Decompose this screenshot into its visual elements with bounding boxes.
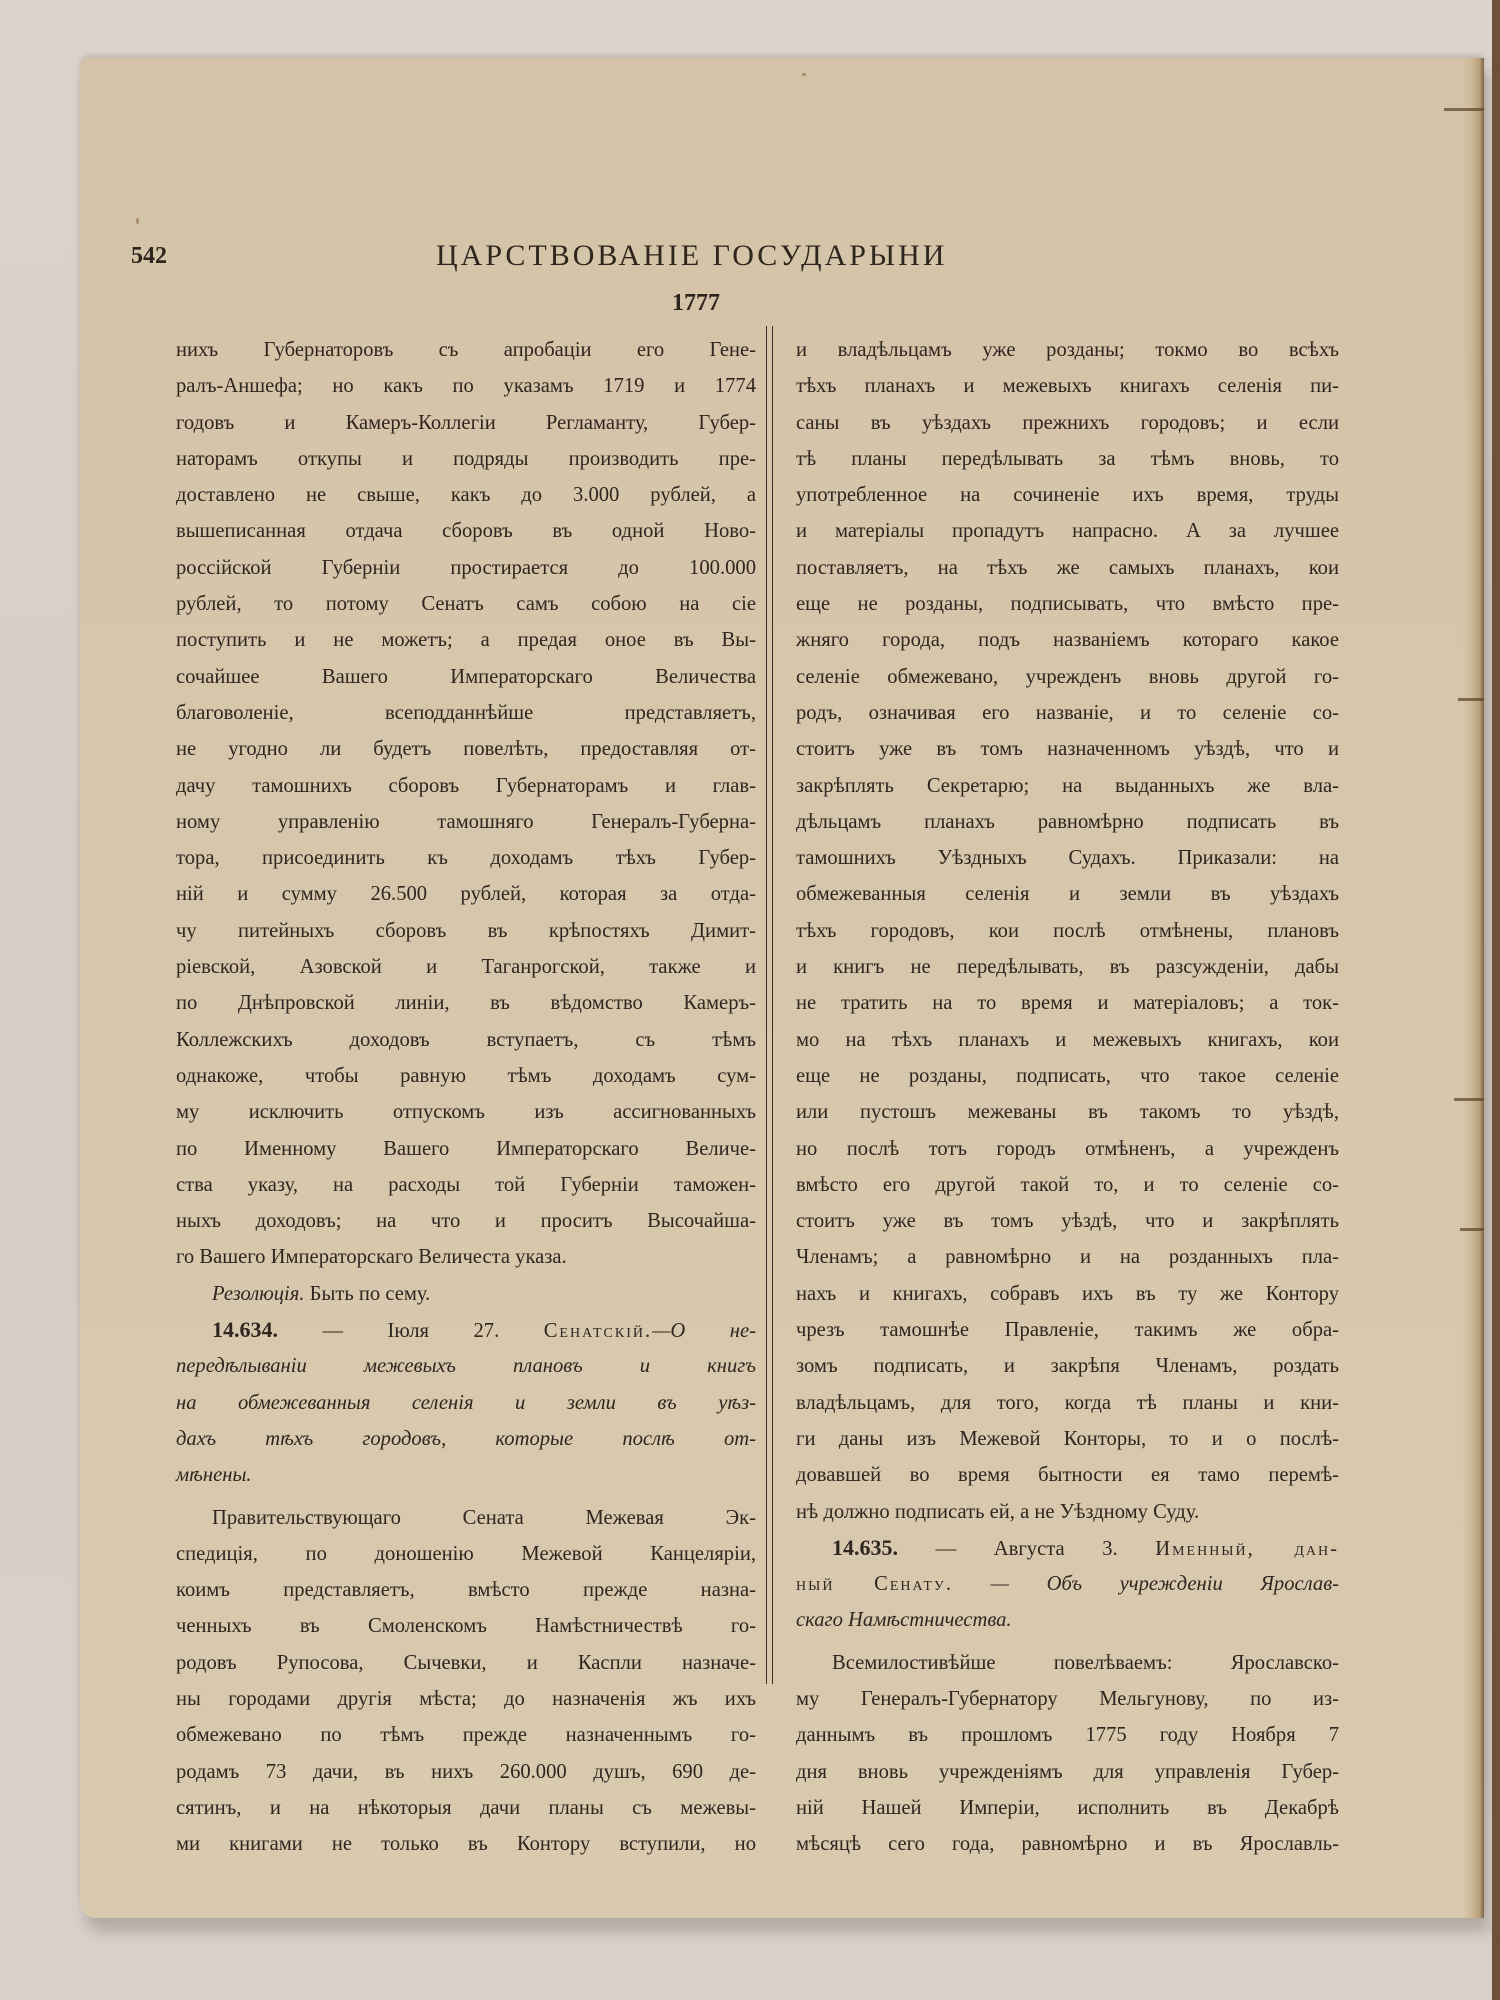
text-line: ны городами другія мѣста; до назначенія … — [176, 1681, 756, 1717]
right-column: и владѣльцамъ уже розданы; токмо во всѣх… — [796, 332, 1339, 1862]
text-line: Правительствующаго Сената Межевая Эк- — [176, 1500, 756, 1536]
text-line: спедиція, по доношенію Межевой Канцелярі… — [176, 1536, 756, 1572]
text-line: закрѣплять Секретарю; на выданныхъ же вл… — [796, 768, 1339, 804]
text-line: ченныхъ въ Смоленскомъ Намѣстничествѣ го… — [176, 1608, 756, 1644]
text-line: доставлено не свыше, какъ до 3.000 рубле… — [176, 477, 756, 513]
running-title: ЦАРСТВОВАНІЕ ГОСУДАРЫНИ — [436, 239, 947, 273]
entry-title-line: скаго Намѣстничества. — [796, 1602, 1339, 1638]
text-line: дѣльцамъ планахъ равномѣрно подписать въ — [796, 804, 1339, 840]
text-line: сятинъ, и на нѣкоторыя дачи планы съ меж… — [176, 1790, 756, 1826]
text-line: мо на тѣхъ планахъ и межевыхъ книгахъ, к… — [796, 1022, 1339, 1058]
text-line: ній и сумму 26.500 рублей, которая за от… — [176, 876, 756, 912]
text-line: или пустошъ межеваны въ такомъ то уѣздѣ, — [796, 1094, 1339, 1130]
entry-heading-14634: 14.634. — Іюля 27. Сенатскій.—О не- — [176, 1312, 756, 1348]
entry-title: — Объ учрежденіи Ярослав- — [991, 1573, 1339, 1595]
text-line: нахъ и книгахъ, собравъ ихъ въ ту же Кон… — [796, 1276, 1339, 1312]
text-line: тѣхъ планахъ и межевыхъ книгахъ селенія … — [796, 368, 1339, 404]
text-line: вмѣсто его другой такой то, и то селеніе… — [796, 1167, 1339, 1203]
text-line: дачу тамошнихъ сборовъ Губернаторамъ и г… — [176, 768, 756, 804]
text-line: ній Нашей Имперіи, исполнить въ Декабрѣ — [796, 1790, 1339, 1826]
text-line: ства указу, на расходы той Губерніи тамо… — [176, 1167, 756, 1203]
text-line: Коллежскихъ доходовъ вступаетъ, съ тѣмъ — [176, 1022, 756, 1058]
text-line: довавшей во время бытности ея тамо перем… — [796, 1457, 1339, 1493]
text-line: ному управленію тамошняго Генералъ-Губер… — [176, 804, 756, 840]
text-line: ныхъ доходовъ; на что и проситъ Высочайш… — [176, 1203, 756, 1239]
entry-number: 14.635. — [832, 1535, 898, 1560]
entry-title-line: на обмежеванныя селенія и земли въ уѣз- — [176, 1385, 756, 1421]
text-line: годовъ и Камеръ-Коллегіи Регламанту, Губ… — [176, 405, 756, 441]
edge-tear — [1444, 108, 1484, 111]
text-line: родамъ 73 дачи, въ нихъ 260.000 душъ, 69… — [176, 1754, 756, 1790]
text-line: сочайшее Вашего Императорскаго Величеств… — [176, 659, 756, 695]
text-line: тора, присоединить къ доходамъ тѣхъ Губе… — [176, 840, 756, 876]
text-line: Всемилостивѣйше повелѣваемъ: Ярославско- — [796, 1645, 1339, 1681]
text-line: употребленное на сочиненіе ихъ время, тр… — [796, 477, 1339, 513]
text-line: ги даны изъ Межевой Конторы, то и о посл… — [796, 1421, 1339, 1457]
entry-dash: — — [936, 1538, 957, 1560]
text-line: стоитъ уже въ томъ уѣздѣ, что и закрѣпля… — [796, 1203, 1339, 1239]
entry-date: Августа 3. — [994, 1538, 1118, 1560]
entry-heading-line: ный Сенату. — Объ учрежденіи Ярослав- — [796, 1566, 1339, 1602]
entry-title: —О не- — [652, 1320, 756, 1342]
text-line: благоволеніе, всеподданнѣйше представляе… — [176, 695, 756, 731]
entry-number: 14.634. — [212, 1317, 278, 1342]
page-number: 542 — [131, 243, 167, 270]
page-header: 542 ЦАРСТВОВАНІЕ ГОСУДАРЫНИ — [0, 243, 1500, 283]
text-line: и владѣльцамъ уже розданы; токмо во всѣх… — [796, 332, 1339, 368]
paper-blemish — [136, 218, 139, 224]
text-line: тамошнихъ Уѣздныхъ Судахъ. Приказали: на — [796, 840, 1339, 876]
edge-tear — [1454, 1098, 1484, 1101]
text-line: ралъ-Аншефа; но какъ по указамъ 1719 и 1… — [176, 368, 756, 404]
text-line: ми книгами не только въ Контору вступили… — [176, 1826, 756, 1862]
left-column: нихъ Губернаторовъ съ апробаціи его Гене… — [176, 332, 756, 1862]
text-line: нихъ Губернаторовъ съ апробаціи его Гене… — [176, 332, 756, 368]
text-line: Членамъ; а равномѣрно и на розданныхъ пл… — [796, 1239, 1339, 1275]
text-line: и матеріалы пропадутъ напрасно. А за луч… — [796, 513, 1339, 549]
entry-heading-14635: 14.635. — Августа 3. Именный, дан- — [796, 1530, 1339, 1566]
text-line: родъ, означивая его названіе, и то селен… — [796, 695, 1339, 731]
text-line: даннымъ въ прошломъ 1775 году Ноября 7 — [796, 1717, 1339, 1753]
text-line: поступить и не можетъ; а предая оное въ … — [176, 622, 756, 658]
text-line: тѣхъ городовъ, кои послѣ отмѣнены, плано… — [796, 913, 1339, 949]
entry-type: ный Сенату. — [796, 1573, 953, 1595]
text-line: россійской Губерніи простирается до 100.… — [176, 550, 756, 586]
text-line: саны въ уѣздахъ прежнихъ городовъ; и есл… — [796, 405, 1339, 441]
resolution: Резолюція. Быть по сему. — [176, 1276, 756, 1312]
text-line: и книгъ не передѣлывать, въ разсужденіи,… — [796, 949, 1339, 985]
resolution-text: Быть по сему. — [310, 1283, 431, 1305]
text-line: наторамъ откупы и подряды производить пр… — [176, 441, 756, 477]
text-line: родовъ Рупосова, Сычевки, и Каспли назна… — [176, 1645, 756, 1681]
text-line: ріевской, Азовской и Таганрогской, также… — [176, 949, 756, 985]
entry-dash: — — [322, 1320, 343, 1342]
text-line: по Днѣпровской линіи, въ вѣдомство Камер… — [176, 985, 756, 1021]
paper-blemish — [802, 73, 806, 76]
text-line: тѣ планы передѣлывать за тѣмъ вновь, то — [796, 441, 1339, 477]
resolution-label: Резолюція. — [212, 1283, 305, 1305]
year-heading: 1777 — [672, 290, 720, 317]
text-line: еще не розданы, подписать, что такое сел… — [796, 1058, 1339, 1094]
text-line: не тратить на то время и матеріаловъ; а … — [796, 985, 1339, 1021]
text-line: еще не розданы, подписывать, что вмѣсто … — [796, 586, 1339, 622]
entry-type: Именный, дан- — [1155, 1538, 1339, 1560]
text-line: обмежеванныя селенія и земли въ уѣздахъ — [796, 876, 1339, 912]
text-line: рублей, то потому Сенатъ самъ собою на с… — [176, 586, 756, 622]
entry-title-line: мѣнены. — [176, 1457, 756, 1493]
text-line: зомъ подписать, и закрѣпя Членамъ, розда… — [796, 1348, 1339, 1384]
entry-title-line: передѣлываніи межевыхъ плановъ и книгъ — [176, 1348, 756, 1384]
column-divider — [766, 326, 767, 1684]
text-line: по Именному Вашего Императорскаго Величе… — [176, 1131, 756, 1167]
text-line: мѣсяцѣ сего года, равномѣрно и въ Яросла… — [796, 1826, 1339, 1862]
text-line: поставляетъ, на тѣхъ же самыхъ планахъ, … — [796, 550, 1339, 586]
text-line: коимъ представляетъ, вмѣсто прежде назна… — [176, 1572, 756, 1608]
edge-tear — [1460, 1228, 1484, 1231]
book-spine — [1492, 0, 1500, 2000]
text-line: стоитъ уже въ томъ назначенномъ уѣздѣ, ч… — [796, 731, 1339, 767]
entry-date: Іюля 27. — [388, 1320, 500, 1342]
entry-title-line: дахъ тѣхъ городовъ, которые послѣ от- — [176, 1421, 756, 1457]
text-line: не угодно ли будетъ повелѣть, предоставл… — [176, 731, 756, 767]
edge-tear — [1458, 698, 1484, 701]
text-line: обмежевано по тѣмъ прежде назначеннымъ г… — [176, 1717, 756, 1753]
column-divider — [772, 326, 773, 1684]
text-line: му Генералъ-Губернатору Мельгунову, по и… — [796, 1681, 1339, 1717]
text-line: чу питейныхъ сборовъ въ крѣпостяхъ Димит… — [176, 913, 756, 949]
text-line: однакоже, чтобы равную тѣмъ доходамъ сум… — [176, 1058, 756, 1094]
text-line: жняго города, подъ названіемъ котораго к… — [796, 622, 1339, 658]
entry-type: Сенатскій. — [544, 1320, 652, 1342]
text-line: вышеписанная отдача сборовъ въ одной Нов… — [176, 513, 756, 549]
text-line: но послѣ тотъ городъ отмѣненъ, а учрежде… — [796, 1131, 1339, 1167]
text-line: дня вновь учрежденіямъ для управленія Гу… — [796, 1754, 1339, 1790]
text-line: му исключить отпускомъ изъ ассигнованных… — [176, 1094, 756, 1130]
text-line: чрезъ тамошнѣе Правленіе, такимъ же обра… — [796, 1312, 1339, 1348]
page-edge — [1462, 58, 1484, 1918]
text-line: нѣ должно подписать ей, а не Уѣздному Су… — [796, 1494, 1339, 1530]
text-line: го Вашего Императорскаго Величеста указа… — [176, 1239, 756, 1275]
text-line: владѣльцамъ, для того, когда тѣ планы и … — [796, 1385, 1339, 1421]
text-line: селеніе обмежевано, учрежденъ вновь друг… — [796, 659, 1339, 695]
